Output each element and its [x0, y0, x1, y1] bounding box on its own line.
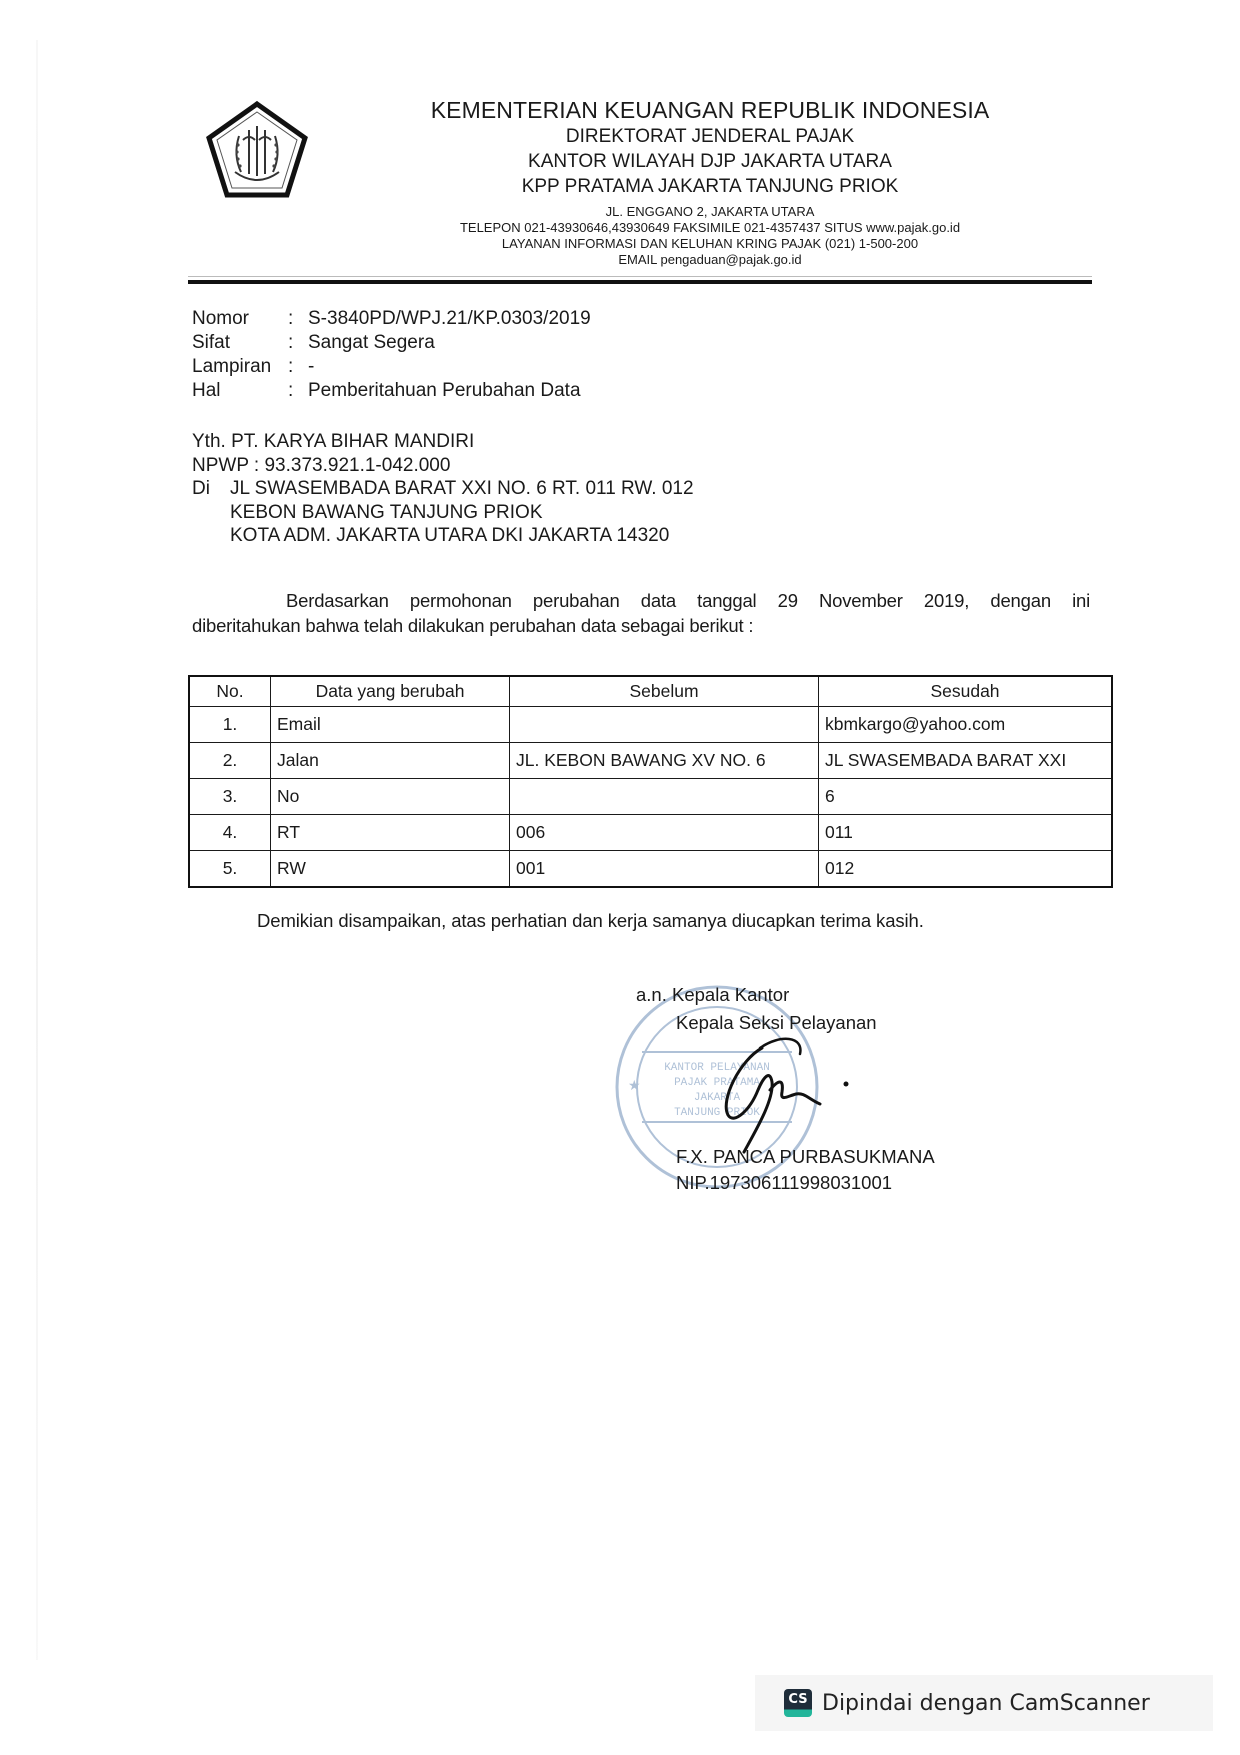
regional-office-name: KANTOR WILAYAH DJP JAKARTA UTARA: [380, 149, 1040, 174]
closing-sentence: Demikian disampaikan, atas perhatian dan…: [257, 910, 924, 932]
letterhead: KEMENTERIAN KEUANGAN REPUBLIK INDONESIA …: [380, 96, 1040, 268]
table-row: 5. RW 001 012: [189, 851, 1112, 888]
table-row: 3. No 6: [189, 779, 1112, 815]
data-changes-table: No. Data yang berubah Sebelum Sesudah 1.…: [188, 675, 1113, 888]
letter-meta: Nomor : S-3840PD/WPJ.21/KP.0303/2019 Sif…: [192, 307, 591, 403]
cell-before: 006: [510, 815, 819, 851]
header-before: Sebelum: [510, 676, 819, 707]
cell-after: 012: [819, 851, 1113, 888]
recipient-address-line2: KEBON BAWANG TANJUNG PRIOK: [192, 501, 694, 525]
cell-after: 6: [819, 779, 1113, 815]
recipient-npwp: NPWP : 93.373.921.1-042.000: [192, 454, 694, 478]
office-email: EMAIL pengaduan@pajak.go.id: [380, 252, 1040, 268]
header-field: Data yang berubah: [271, 676, 510, 707]
cell-before: [510, 707, 819, 743]
meta-separator: :: [288, 307, 308, 331]
office-address: JL. ENGGANO 2, JAKARTA UTARA: [380, 204, 1040, 220]
cell-field: Email: [271, 707, 510, 743]
meta-row-nomor: Nomor : S-3840PD/WPJ.21/KP.0303/2019: [192, 307, 591, 331]
table-row: 2. Jalan JL. KEBON BAWANG XV NO. 6 JL SW…: [189, 743, 1112, 779]
header-after: Sesudah: [819, 676, 1113, 707]
signatory-nip: NIP.197306111998031001: [676, 1172, 892, 1194]
cell-after: kbmkargo@yahoo.com: [819, 707, 1113, 743]
cell-no: 5.: [189, 851, 271, 888]
recipient-name: Yth. PT. KARYA BIHAR MANDIRI: [192, 430, 694, 454]
body-paragraph: Berdasarkan permohonan perubahan data ta…: [192, 588, 1090, 638]
meta-separator: :: [288, 355, 308, 379]
cell-before: [510, 779, 819, 815]
meta-value: Sangat Segera: [308, 331, 435, 355]
office-service-line: LAYANAN INFORMASI DAN KELUHAN KRING PAJA…: [380, 236, 1040, 252]
recipient-block: Yth. PT. KARYA BIHAR MANDIRI NPWP : 93.3…: [192, 430, 694, 548]
meta-label: Sifat: [192, 331, 288, 355]
cell-field: RW: [271, 851, 510, 888]
directorate-name: DIREKTORAT JENDERAL PAJAK: [380, 124, 1040, 149]
signatory-name: F.X. PANCA PURBASUKMANA: [676, 1146, 935, 1168]
body-line-2: diberitahukan bahwa telah dilakukan peru…: [192, 615, 753, 636]
cell-no: 1.: [189, 707, 271, 743]
meta-label: Hal: [192, 379, 288, 403]
recipient-address-line1: DiJL SWASEMBADA BARAT XXI NO. 6 RT. 011 …: [192, 477, 694, 501]
handwritten-signature-icon: [700, 1030, 880, 1160]
cell-after: JL SWASEMBADA BARAT XXI: [819, 743, 1113, 779]
meta-label: Nomor: [192, 307, 288, 331]
letterhead-divider-thin: [188, 276, 1092, 277]
cell-no: 4.: [189, 815, 271, 851]
recipient-address-line3: KOTA ADM. JAKARTA UTARA DKI JAKARTA 1432…: [192, 524, 694, 548]
meta-separator: :: [288, 379, 308, 403]
meta-row-hal: Hal : Pemberitahuan Perubahan Data: [192, 379, 591, 403]
cell-before: JL. KEBON BAWANG XV NO. 6: [510, 743, 819, 779]
meta-row-sifat: Sifat : Sangat Segera: [192, 331, 591, 355]
di-label: Di: [192, 477, 230, 501]
address-text: JL SWASEMBADA BARAT XXI NO. 6 RT. 011 RW…: [230, 478, 694, 499]
body-line-1: Berdasarkan permohonan perubahan data ta…: [192, 588, 1090, 613]
meta-value: Pemberitahuan Perubahan Data: [308, 379, 581, 403]
table-row: 4. RT 006 011: [189, 815, 1112, 851]
signature-on-behalf: a.n. Kepala Kantor: [636, 984, 789, 1006]
meta-separator: :: [288, 331, 308, 355]
cell-before: 001: [510, 851, 819, 888]
header-no: No.: [189, 676, 271, 707]
camscanner-watermark: CS Dipindai dengan CamScanner: [755, 1675, 1213, 1731]
meta-label: Lampiran: [192, 355, 288, 379]
cell-field: No: [271, 779, 510, 815]
cell-field: RT: [271, 815, 510, 851]
cell-no: 3.: [189, 779, 271, 815]
svg-text:★: ★: [628, 1077, 641, 1093]
scan-edge-artifact: [36, 40, 38, 1660]
meta-value: -: [308, 355, 314, 379]
office-contact: TELEPON 021-43930646,43930649 FAKSIMILE …: [380, 220, 1040, 236]
cell-after: 011: [819, 815, 1113, 851]
letterhead-divider: [188, 280, 1092, 284]
camscanner-logo-icon: CS: [784, 1689, 812, 1717]
camscanner-label: Dipindai dengan CamScanner: [822, 1691, 1150, 1716]
table-row: 1. Email kbmkargo@yahoo.com: [189, 707, 1112, 743]
meta-row-lampiran: Lampiran : -: [192, 355, 591, 379]
cell-field: Jalan: [271, 743, 510, 779]
tax-office-name: KPP PRATAMA JAKARTA TANJUNG PRIOK: [380, 174, 1040, 199]
ministry-name: KEMENTERIAN KEUANGAN REPUBLIK INDONESIA: [380, 96, 1040, 124]
kemenkeu-emblem-icon: [205, 100, 310, 200]
cell-no: 2.: [189, 743, 271, 779]
table-header-row: No. Data yang berubah Sebelum Sesudah: [189, 676, 1112, 707]
meta-value: S-3840PD/WPJ.21/KP.0303/2019: [308, 307, 591, 331]
